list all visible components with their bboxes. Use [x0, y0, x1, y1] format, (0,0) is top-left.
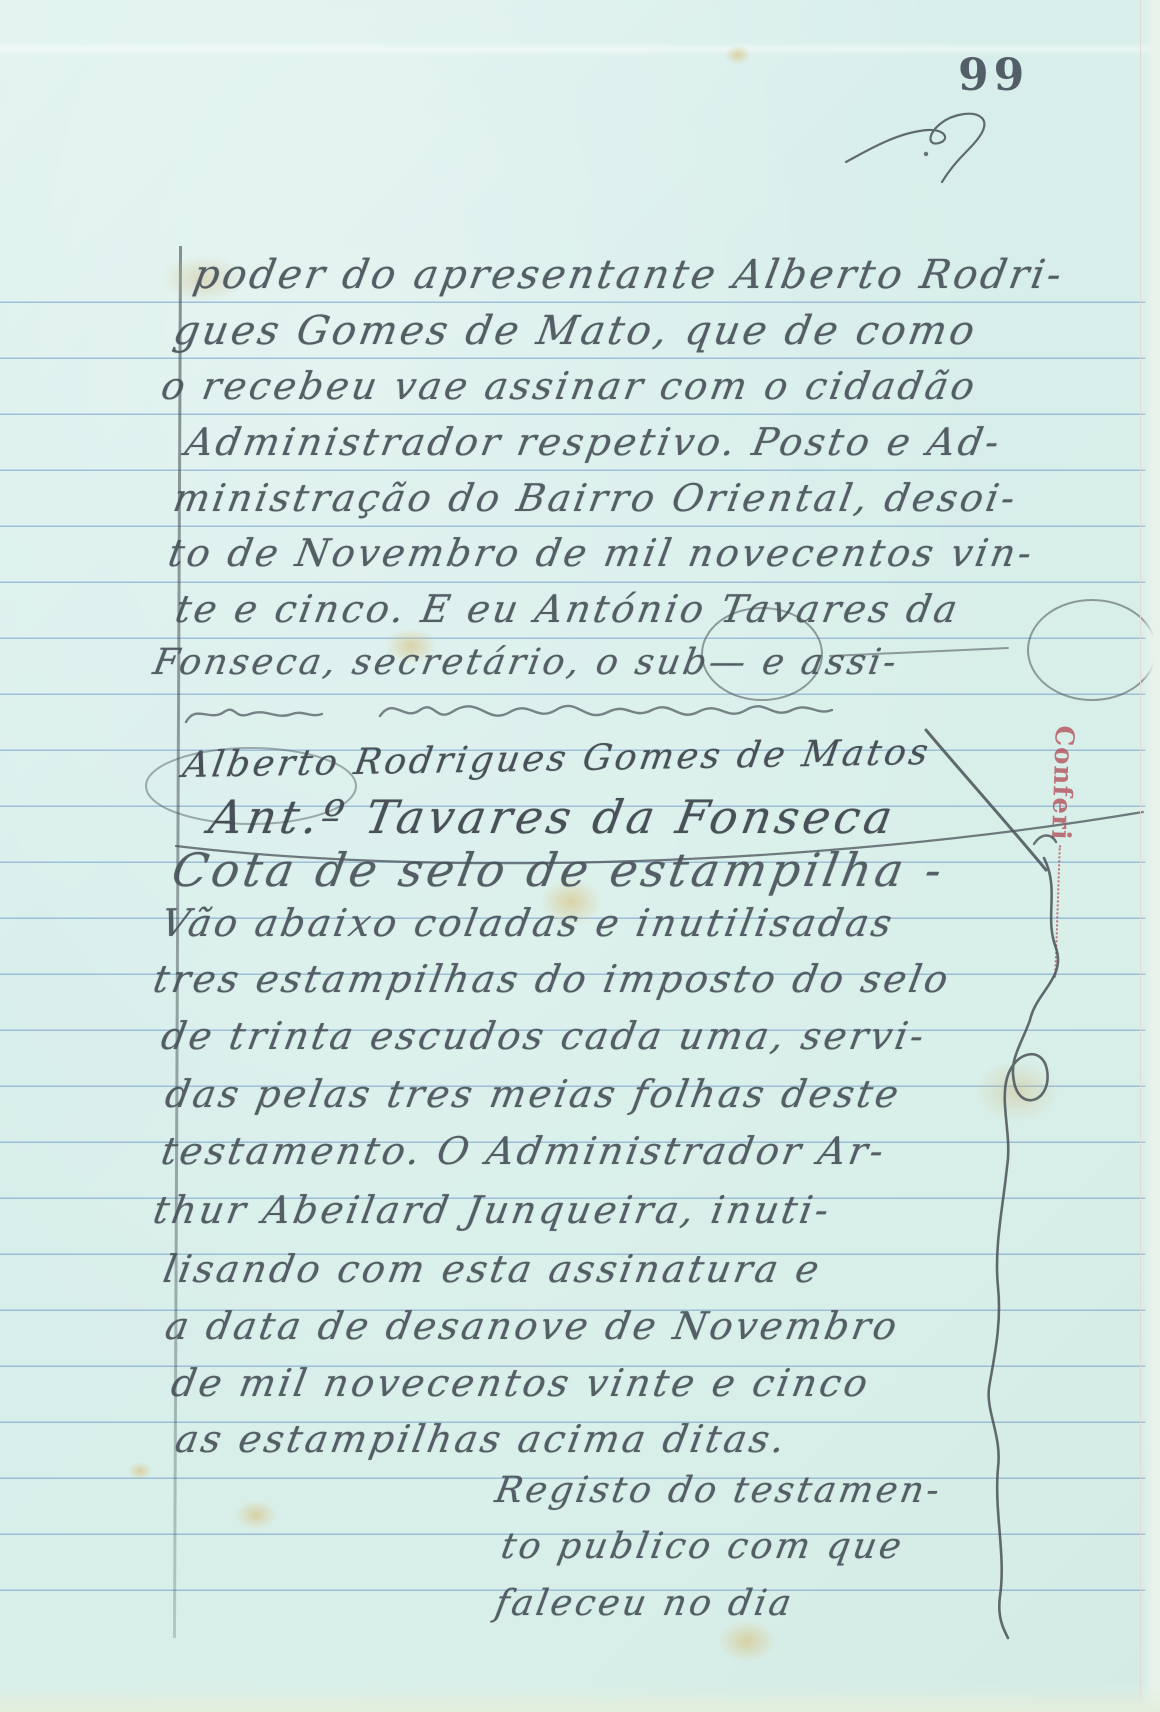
manuscript-line: de mil novecentos vinte e cinco [168, 1361, 874, 1405]
manuscript-line: das pelas tres meias folhas deste [162, 1072, 905, 1116]
manuscript-line: ministração do Bairro Oriental, desoi- [170, 476, 1021, 520]
page-edge-right [1140, 0, 1160, 1712]
paper-stain [128, 1462, 152, 1480]
manuscript-line-indented: to publico com que [498, 1526, 907, 1567]
manuscript-line: poder do apresentante Alberto Rodri- [190, 252, 1068, 298]
manuscript-line-indented: faleceu no dia [492, 1583, 797, 1624]
manuscript-line: gues Gomes de Mato, que de como [170, 308, 981, 354]
manuscript-page: 99 poder do apresentante Alberto Rodri- … [0, 0, 1160, 1712]
manuscript-line: a data de desanove de Novembro [162, 1304, 903, 1348]
manuscript-line: tres estampilhas do imposto do selo [150, 957, 954, 1001]
manuscript-line: de trinta escudos cada uma, servi- [158, 1014, 930, 1058]
paper-stain [718, 1620, 776, 1662]
manuscript-line: Vão abaixo coladas e inutilisadas [158, 901, 898, 945]
margin-signature-scribble [918, 712, 1078, 1652]
manuscript-line: o recebeu vae assinar com o cidadão [158, 364, 981, 408]
manuscript-line: Administrador respetivo. Posto e Ad- [182, 420, 1005, 464]
illegible-signature-scribble [180, 682, 900, 742]
page-number: 99 [958, 50, 1029, 101]
paper-stain [235, 1500, 277, 1530]
manuscript-line: thur Abeilard Junqueira, inuti- [150, 1188, 835, 1232]
manuscript-line: to de Novembro de mil novecentos vin- [165, 531, 1038, 575]
manuscript-line-indented: Registo do testamen- [492, 1470, 945, 1511]
manuscript-line: as estampilhas acima ditas. [172, 1417, 791, 1461]
page-edge-bottom [0, 1684, 1160, 1712]
heading-cota-de-selo: Cota de selo de estampilha - [168, 843, 950, 897]
rubric-paraph-icon [840, 98, 1010, 188]
manuscript-line: testamento. O Administrador Ar- [158, 1129, 890, 1173]
manuscript-line: lisando com esta assinatura e [160, 1247, 825, 1291]
